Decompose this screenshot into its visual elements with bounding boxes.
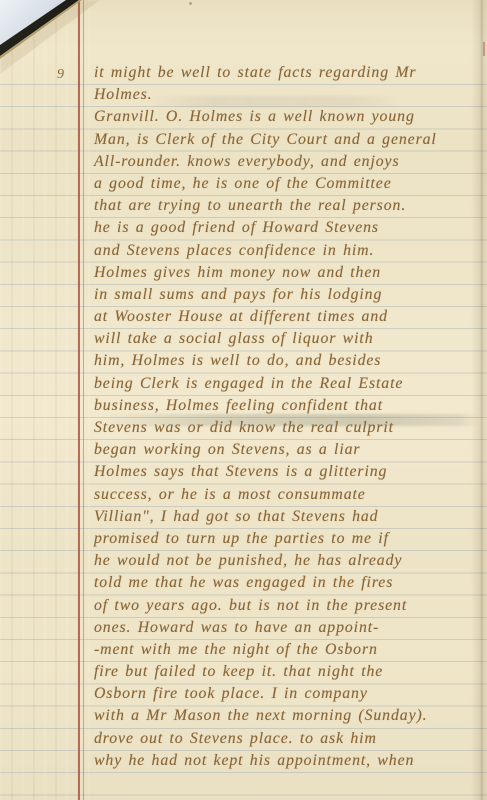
manuscript-line: with a Mr Mason the next morning (Sunday…	[94, 705, 483, 727]
manuscript-line: it might be well to state facts regardin…	[94, 62, 483, 84]
manuscript-line: of two years ago. but is not in the pres…	[94, 595, 483, 617]
manuscript-line: in small sums and pays for his lodging	[94, 284, 483, 306]
paper-speck	[189, 2, 192, 5]
manuscript-line: at Wooster House at different times and	[94, 306, 483, 328]
underlying-page-rule-mark	[483, 42, 485, 56]
manuscript-line: he would not be punished, he has already	[94, 550, 483, 572]
manuscript-line: Villian", I had got so that Stevens had	[94, 506, 483, 528]
manuscript-line: began working on Stevens, as a liar	[94, 439, 483, 461]
manuscript-line: Osborn fire took place. I in company	[94, 683, 483, 705]
manuscript-line: why he had not kept his appointment, whe…	[94, 750, 483, 772]
manuscript-text: it might be well to state facts regardin…	[94, 62, 483, 772]
manuscript-line: success, or he is a most consummate	[94, 484, 483, 506]
paper-creases	[0, 0, 95, 800]
manuscript-line: Holmes gives him money now and then	[94, 262, 483, 284]
manuscript-line: that are trying to unearth the real pers…	[94, 195, 483, 217]
manuscript-line: fire but failed to keep it. that night t…	[94, 661, 483, 683]
manuscript-line: will take a social glass of liquor with	[94, 328, 483, 350]
manuscript-line: -ment with me the night of the Osborn	[94, 639, 483, 661]
manuscript-line: and Stevens places confidence in him.	[94, 240, 483, 262]
manuscript-line: he is a good friend of Howard Stevens	[94, 217, 483, 239]
manuscript-line: Granvill. O. Holmes is a well known youn…	[94, 106, 483, 128]
page-number: 9	[57, 67, 64, 83]
manuscript-line: him, Holmes is well to do, and besides	[94, 350, 483, 372]
manuscript-line: a good time, he is one of the Committee	[94, 173, 483, 195]
manuscript-line: being Clerk is engaged in the Real Estat…	[94, 373, 483, 395]
manuscript-line: told me that he was engaged in the fires	[94, 572, 483, 594]
manuscript-line: Man, is Clerk of the City Court and a ge…	[94, 129, 483, 151]
manuscript-page: 9 it might be well to state facts regard…	[0, 0, 487, 800]
manuscript-line: All-rounder. knows everybody, and enjoys	[94, 151, 483, 173]
manuscript-line: Stevens was or did know the real culprit	[94, 417, 483, 439]
manuscript-line: promised to turn up the parties to me if	[94, 528, 483, 550]
manuscript-line: ones. Howard was to have an appoint-	[94, 617, 483, 639]
manuscript-line: Holmes says that Stevens is a glittering	[94, 461, 483, 483]
manuscript-line: drove out to Stevens place. to ask him	[94, 728, 483, 750]
manuscript-line: Holmes.	[94, 84, 483, 106]
manuscript-line: business, Holmes feeling confident that	[94, 395, 483, 417]
